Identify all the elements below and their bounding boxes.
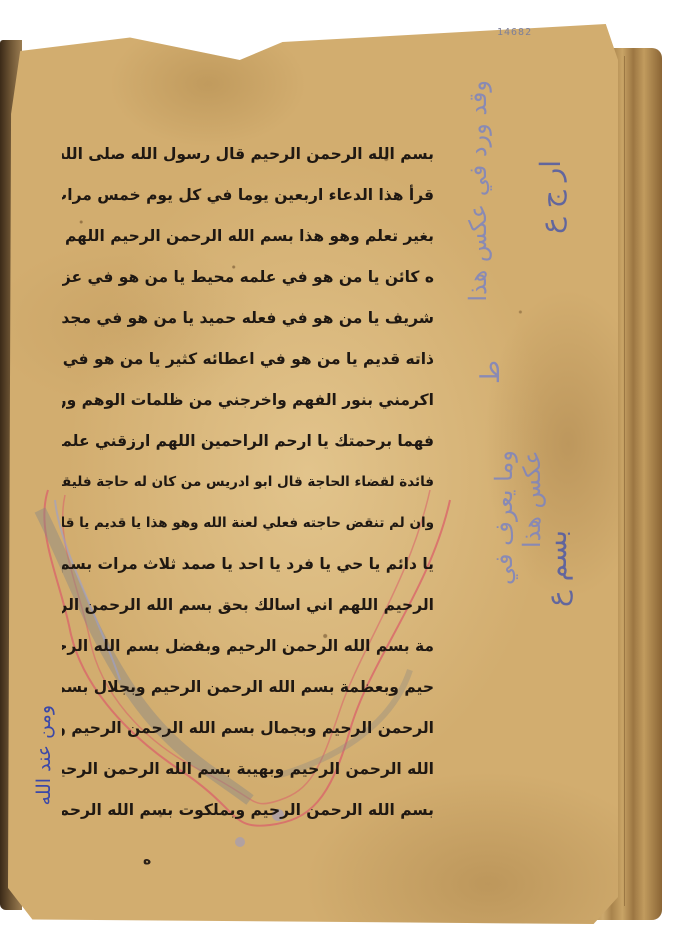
text-line: حيم وبعظمة بسم الله الرحمن الرحيم وبجلال… xyxy=(62,676,434,717)
text-line: قرأ هذا الدعاء اربعين يوما في كل يوم خمس… xyxy=(62,184,434,225)
end-mark: ه xyxy=(143,852,151,868)
left-margin-note: ومن عند الله xyxy=(33,705,55,805)
text-line: يا دائم يا حي يا فرد يا احد يا صمد ثلاث … xyxy=(62,553,434,594)
text-line: بغير تعلم وهو هذا بسم الله الرحمن الرحيم… xyxy=(62,225,434,266)
text-line: ه كائن يا من هو في علمه محيط يا من هو في… xyxy=(62,266,434,307)
text-line: شريف يا من هو في فعله حميد يا من هو في م… xyxy=(62,307,434,348)
catalog-number: 14682 xyxy=(497,27,532,38)
right-margin-notes: وقد ورد في عكس هذا ار ج ع ط وما يعرف في … xyxy=(462,70,592,630)
text-line: الرحمن الرحيم وبجمال بسم الله الرحمن الر… xyxy=(62,717,434,758)
text-line: وان لم تنقض حاجته فعلي لعنة الله وهو هذا… xyxy=(62,512,434,553)
margin-note: بسم ع xyxy=(540,530,573,607)
margin-note: وما يعرف في عكس هذا xyxy=(490,450,546,630)
main-text-block: بسم الله الرحمن الرحيم قال رسول الله صلى… xyxy=(62,143,434,840)
text-line: ذاته قديم يا من هو في اعطائه كثير يا من … xyxy=(62,348,434,389)
manuscript-photo: 14682 بسم الله الرحمن الرحيم قال رسول ال… xyxy=(0,0,693,950)
margin-note: ط xyxy=(476,360,506,384)
text-line: الله الرحمن الرحيم وبهيبة بسم الله الرحم… xyxy=(62,758,434,799)
text-line: الرحيم اللهم اني اسالك بحق بسم الله الرح… xyxy=(62,594,434,635)
text-line: اكرمني بنور الفهم واخرجني من ظلمات الوهم… xyxy=(62,389,434,430)
text-line: بسم الله الرحمن الرحيم قال رسول الله صلى… xyxy=(62,143,434,184)
text-line: فهما برحمتك يا ارحم الراحمين اللهم ارزقن… xyxy=(62,430,434,471)
margin-note: ار ج ع xyxy=(534,160,567,234)
text-line: مة بسم الله الرحمن الرحيم وبفضل بسم الله… xyxy=(62,635,434,676)
text-line-last: بسم الله الرحمن الرحيم وبملكوت بسم الله … xyxy=(62,799,434,840)
margin-note: وقد ورد في عكس هذا xyxy=(464,80,492,302)
text-line: فائدة لقضاء الحاجة قال ابو ادريس من كان … xyxy=(62,471,434,512)
